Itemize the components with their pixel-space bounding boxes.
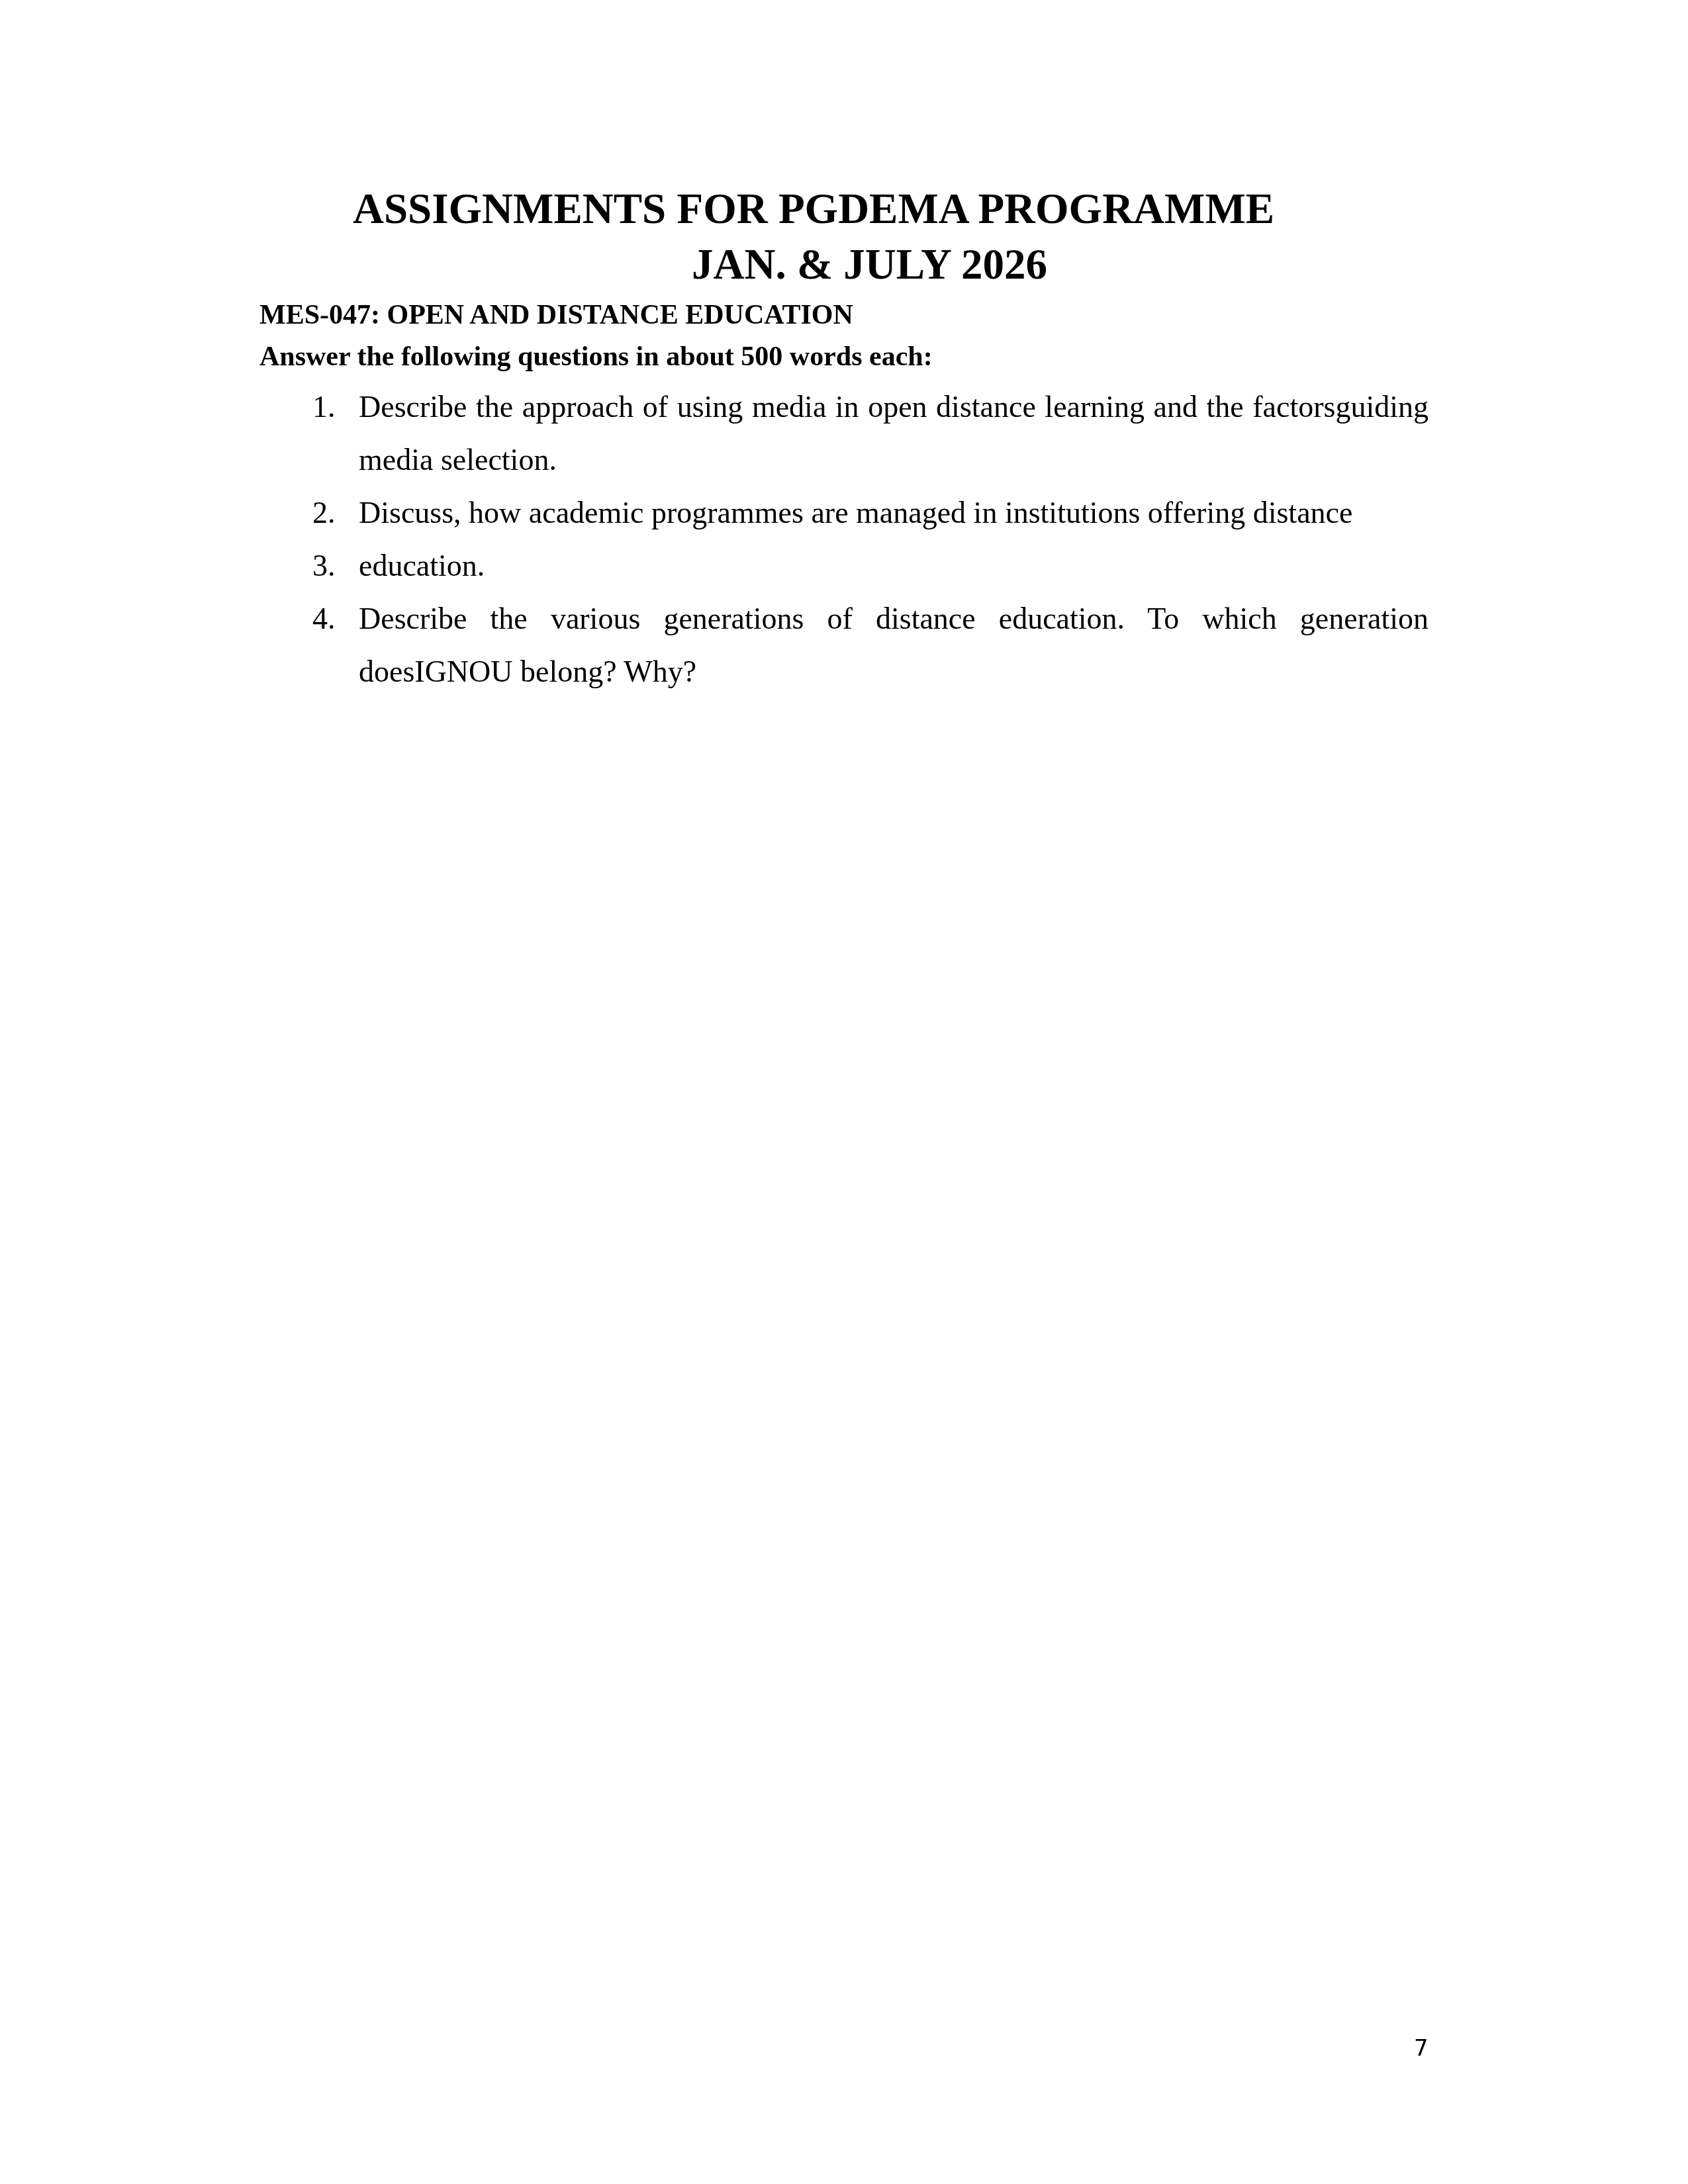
question-number: 2. [312, 486, 336, 539]
document-page: ASSIGNMENTS FOR PGDEMA PROGRAMME JAN. & … [0, 0, 1688, 2184]
question-text: Discuss, how academic programmes are man… [359, 486, 1429, 539]
question-number: 4. [312, 592, 336, 645]
document-subtitle-session: JAN. & JULY 2026 [692, 244, 1047, 287]
question-number: 1. [312, 381, 336, 433]
course-heading: MES-047: OPEN AND DISTANCE EDUCATION [259, 301, 853, 329]
question-text: Describe the approach of using media in … [359, 381, 1429, 486]
question-item: 4. Describe the various generations of d… [312, 592, 1429, 698]
page-number: 7 [1414, 2037, 1429, 2060]
question-list: 1. Describe the approach of using media … [312, 381, 1429, 698]
question-number: 3. [312, 539, 336, 592]
document-title: ASSIGNMENTS FOR PGDEMA PROGRAMME [353, 188, 1274, 231]
instruction-text: Answer the following questions in about … [259, 343, 933, 371]
question-item: 3. education. [312, 539, 1429, 592]
question-item: 1. Describe the approach of using media … [312, 381, 1429, 486]
question-item: 2. Discuss, how academic programmes are … [312, 486, 1429, 539]
question-text: Describe the various generations of dist… [359, 592, 1429, 698]
question-text: education. [359, 539, 1429, 592]
